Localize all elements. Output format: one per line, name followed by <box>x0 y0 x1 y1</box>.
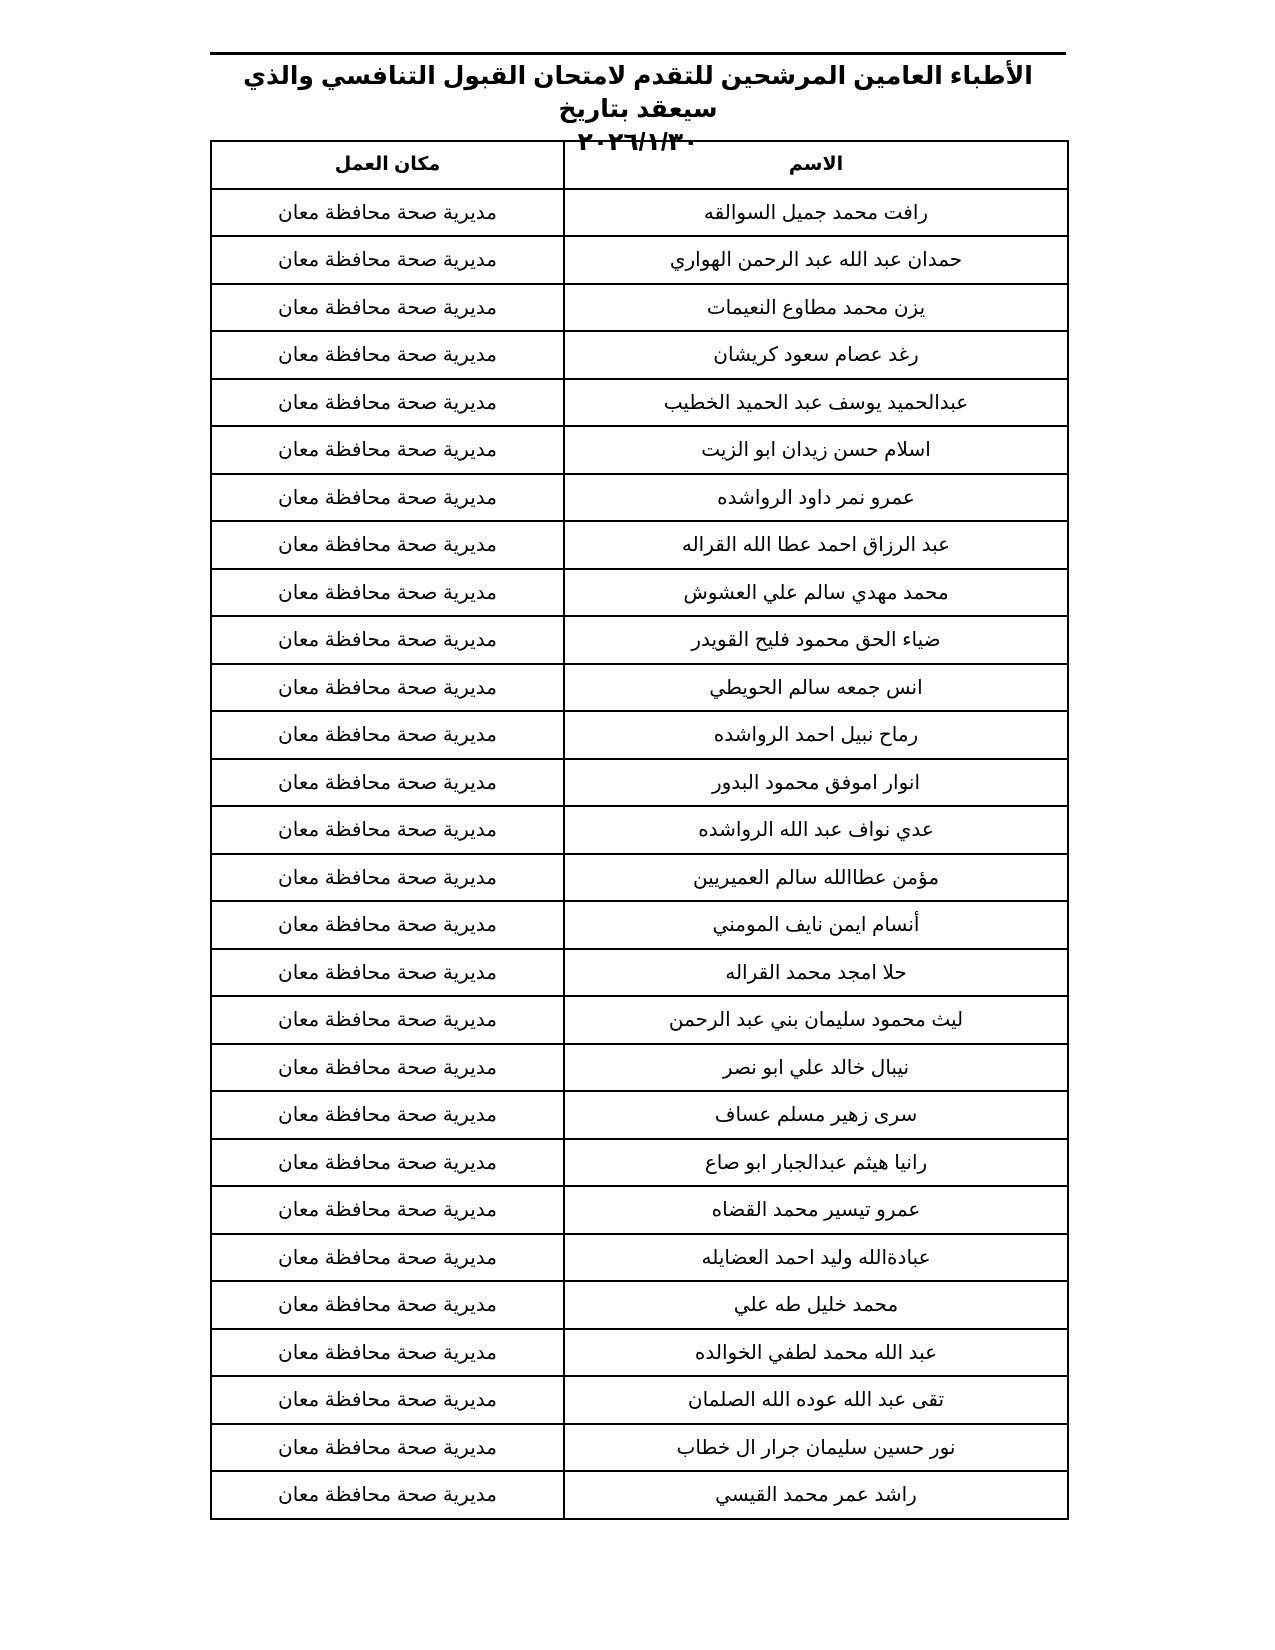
cell-name: انس جمعه سالم الحويطي <box>564 664 1068 712</box>
cell-workplace: مديرية صحة محافظة معان <box>211 1376 564 1424</box>
cell-workplace: مديرية صحة محافظة معان <box>211 1329 564 1377</box>
table-row: سرى زهير مسلم عسافمديرية صحة محافظة معان <box>211 1091 1068 1139</box>
cell-name: تقى عبد الله عوده الله الصلمان <box>564 1376 1068 1424</box>
cell-name: رافت محمد جميل السوالقه <box>564 189 1068 237</box>
table-body: رافت محمد جميل السوالقهمديرية صحة محافظة… <box>211 189 1068 1519</box>
cell-name: يزن محمد مطاوع النعيمات <box>564 284 1068 332</box>
table-row: راشد عمر محمد القيسيمديرية صحة محافظة مع… <box>211 1471 1068 1519</box>
cell-workplace: مديرية صحة محافظة معان <box>211 521 564 569</box>
cell-workplace: مديرية صحة محافظة معان <box>211 379 564 427</box>
cell-workplace: مديرية صحة محافظة معان <box>211 331 564 379</box>
cell-name: عمرو تيسير محمد القضاه <box>564 1186 1068 1234</box>
cell-workplace: مديرية صحة محافظة معان <box>211 949 564 997</box>
top-rule <box>210 52 1066 55</box>
cell-workplace: مديرية صحة محافظة معان <box>211 1281 564 1329</box>
cell-workplace: مديرية صحة محافظة معان <box>211 1139 564 1187</box>
cell-name: اسلام حسن زيدان ابو الزيت <box>564 426 1068 474</box>
cell-workplace: مديرية صحة محافظة معان <box>211 996 564 1044</box>
cell-name: نور حسين سليمان جرار ال خطاب <box>564 1424 1068 1472</box>
table-row: انس جمعه سالم الحويطيمديرية صحة محافظة م… <box>211 664 1068 712</box>
table-row: تقى عبد الله عوده الله الصلمانمديرية صحة… <box>211 1376 1068 1424</box>
table-row: عدي نواف عبد الله الرواشدهمديرية صحة محا… <box>211 806 1068 854</box>
cell-name: راشد عمر محمد القيسي <box>564 1471 1068 1519</box>
cell-name: رغد عصام سعود كريشان <box>564 331 1068 379</box>
cell-workplace: مديرية صحة محافظة معان <box>211 284 564 332</box>
cell-name: محمد خليل طه علي <box>564 1281 1068 1329</box>
cell-workplace: مديرية صحة محافظة معان <box>211 1091 564 1139</box>
table-header-row: الاسم مكان العمل <box>211 141 1068 189</box>
table-row: رافت محمد جميل السوالقهمديرية صحة محافظة… <box>211 189 1068 237</box>
cell-workplace: مديرية صحة محافظة معان <box>211 711 564 759</box>
table-row: ليث محمود سليمان بني عبد الرحمنمديرية صح… <box>211 996 1068 1044</box>
table-row: انوار اموفق محمود البدورمديرية صحة محافظ… <box>211 759 1068 807</box>
header-name: الاسم <box>564 141 1068 189</box>
cell-name: عدي نواف عبد الله الرواشده <box>564 806 1068 854</box>
cell-name: رانيا هيثم عبدالجبار ابو صاع <box>564 1139 1068 1187</box>
cell-workplace: مديرية صحة محافظة معان <box>211 426 564 474</box>
cell-workplace: مديرية صحة محافظة معان <box>211 806 564 854</box>
cell-workplace: مديرية صحة محافظة معان <box>211 236 564 284</box>
cell-name: ضياء الحق محمود فليح القويدر <box>564 616 1068 664</box>
cell-workplace: مديرية صحة محافظة معان <box>211 474 564 522</box>
table-row: نيبال خالد علي ابو نصرمديرية صحة محافظة … <box>211 1044 1068 1092</box>
cell-name: عبادةالله وليد احمد العضايله <box>564 1234 1068 1282</box>
table-row: عمرو تيسير محمد القضاهمديرية صحة محافظة … <box>211 1186 1068 1234</box>
table-row: محمد خليل طه عليمديرية صحة محافظة معان <box>211 1281 1068 1329</box>
cell-name: عبد الرزاق احمد عطا الله القراله <box>564 521 1068 569</box>
table-row: حلا امجد محمد القرالهمديرية صحة محافظة م… <box>211 949 1068 997</box>
cell-workplace: مديرية صحة محافظة معان <box>211 189 564 237</box>
cell-name: أنسام ايمن نايف المومني <box>564 901 1068 949</box>
table-row: عبد الله محمد لطفي الخوالدهمديرية صحة مح… <box>211 1329 1068 1377</box>
cell-name: حمدان عبد الله عبد الرحمن الهواري <box>564 236 1068 284</box>
cell-workplace: مديرية صحة محافظة معان <box>211 1186 564 1234</box>
cell-workplace: مديرية صحة محافظة معان <box>211 854 564 902</box>
cell-workplace: مديرية صحة محافظة معان <box>211 664 564 712</box>
cell-workplace: مديرية صحة محافظة معان <box>211 1234 564 1282</box>
cell-workplace: مديرية صحة محافظة معان <box>211 1471 564 1519</box>
cell-workplace: مديرية صحة محافظة معان <box>211 901 564 949</box>
cell-name: رماح نبيل احمد الرواشده <box>564 711 1068 759</box>
cell-workplace: مديرية صحة محافظة معان <box>211 1044 564 1092</box>
cell-name: ليث محمود سليمان بني عبد الرحمن <box>564 996 1068 1044</box>
table-row: رغد عصام سعود كريشانمديرية صحة محافظة مع… <box>211 331 1068 379</box>
cell-workplace: مديرية صحة محافظة معان <box>211 1424 564 1472</box>
cell-name: نيبال خالد علي ابو نصر <box>564 1044 1068 1092</box>
table-row: مؤمن عطاالله سالم العميريينمديرية صحة مح… <box>211 854 1068 902</box>
cell-workplace: مديرية صحة محافظة معان <box>211 759 564 807</box>
table-row: نور حسين سليمان جرار ال خطابمديرية صحة م… <box>211 1424 1068 1472</box>
table-row: رماح نبيل احمد الرواشدهمديرية صحة محافظة… <box>211 711 1068 759</box>
cell-name: محمد مهدي سالم علي العشوش <box>564 569 1068 617</box>
table-row: عبادةالله وليد احمد العضايلهمديرية صحة م… <box>211 1234 1068 1282</box>
table-row: محمد مهدي سالم علي العشوشمديرية صحة محاف… <box>211 569 1068 617</box>
cell-workplace: مديرية صحة محافظة معان <box>211 616 564 664</box>
cell-name: سرى زهير مسلم عساف <box>564 1091 1068 1139</box>
cell-name: انوار اموفق محمود البدور <box>564 759 1068 807</box>
table-row: يزن محمد مطاوع النعيماتمديرية صحة محافظة… <box>211 284 1068 332</box>
table-row: أنسام ايمن نايف المومنيمديرية صحة محافظة… <box>211 901 1068 949</box>
table-row: رانيا هيثم عبدالجبار ابو صاعمديرية صحة م… <box>211 1139 1068 1187</box>
cell-name: حلا امجد محمد القراله <box>564 949 1068 997</box>
table-row: اسلام حسن زيدان ابو الزيتمديرية صحة محاف… <box>211 426 1068 474</box>
table-row: ضياء الحق محمود فليح القويدرمديرية صحة م… <box>211 616 1068 664</box>
table-row: عبدالحميد يوسف عبد الحميد الخطيبمديرية ص… <box>211 379 1068 427</box>
table-row: حمدان عبد الله عبد الرحمن الهواريمديرية … <box>211 236 1068 284</box>
cell-workplace: مديرية صحة محافظة معان <box>211 569 564 617</box>
cell-name: مؤمن عطاالله سالم العميريين <box>564 854 1068 902</box>
cell-name: عبدالحميد يوسف عبد الحميد الخطيب <box>564 379 1068 427</box>
cell-name: عبد الله محمد لطفي الخوالده <box>564 1329 1068 1377</box>
candidates-table: الاسم مكان العمل رافت محمد جميل السوالقه… <box>210 140 1069 1520</box>
table-row: عمرو نمر داود الرواشدهمديرية صحة محافظة … <box>211 474 1068 522</box>
title-line-1: الأطباء العامين المرشحين للتقدم لامتحان … <box>210 60 1066 126</box>
header-workplace: مكان العمل <box>211 141 564 189</box>
cell-name: عمرو نمر داود الرواشده <box>564 474 1068 522</box>
table-row: عبد الرزاق احمد عطا الله القرالهمديرية ص… <box>211 521 1068 569</box>
